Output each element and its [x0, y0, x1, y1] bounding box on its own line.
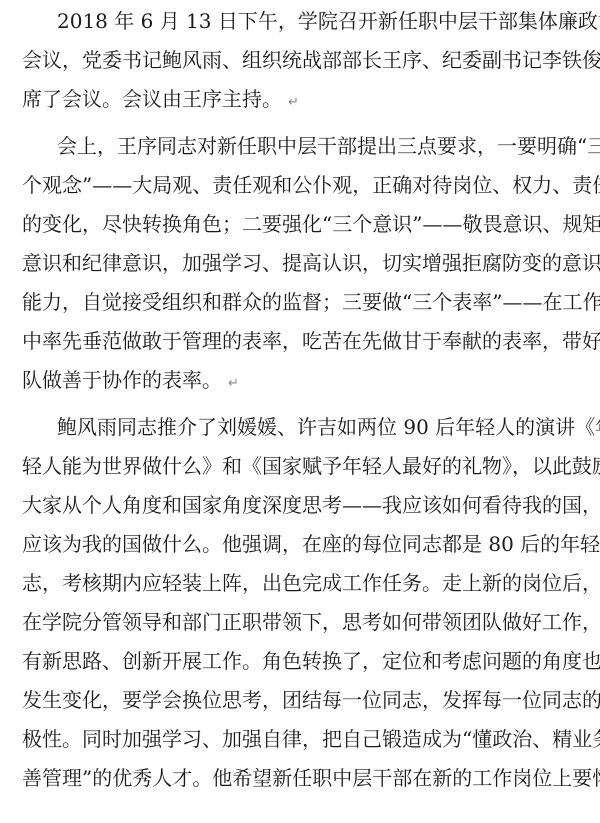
paragraph-2-line-5: 能力，自觉接受组织和群众的监督；三要做“三个表率”——在工作 [22, 283, 578, 322]
paragraph-3-line-8: 发生变化，要学会换位思考，团结每一位同志，发挥每一位同志的积 [22, 681, 578, 720]
paragraph-1-line-2: 会议，党委书记鲍风雨、组织统战部部长王序、纪委副书记李铁俊出 [22, 41, 578, 80]
paragraph-3-line-5: 志，考核期内应轻装上阵，出色完成工作任务。走上新的岗位后，要 [22, 564, 578, 603]
paragraph-3-line-1: 鲍风雨同志推介了刘媛媛、许吉如两位 90 后年轻人的演讲《年 [57, 408, 578, 447]
paragraph-mark-icon: ↵ [228, 376, 239, 391]
paragraph-2-line-7-text: 队做善于协作的表率。 [22, 368, 222, 392]
paragraph-3-line-6: 在学院分管领导和部门正职带领下，思考如何带领团队做好工作，要 [22, 603, 578, 642]
paragraph-3-line-4: 应该为我的国做什么。他强调，在座的每位同志都是 80 后的年轻同 [22, 525, 578, 564]
paragraph-2-line-1: 会上，王序同志对新任职中层干部提出三点要求，一要明确“三 [57, 127, 578, 166]
paragraph-3-line-7: 有新思路、创新开展工作。角色转换了，定位和考虑问题的角度也要 [22, 642, 578, 681]
paragraph-2-line-3: 的变化，尽快转换角色；二要强化“三个意识”——敬畏意识、规矩 [22, 205, 578, 244]
paragraph-3-line-10: 善管理”的优秀人才。他希望新任职中层干部在新的工作岗位上要怀 [22, 759, 578, 798]
document-page: 2018 年 6 月 13 日下午，学院召开新任职中层干部集体廉政谈话 会议，党… [0, 0, 600, 823]
paragraph-2-line-2: 个观念”——大局观、责任观和公仆观，正确对待岗位、权力、责任 [22, 166, 578, 205]
paragraph-3-line-3: 大家从个人角度和国家角度深度思考——我应该如何看待我的国，我 [22, 486, 578, 525]
paragraph-2-line-7: 队做善于协作的表率。↵ [22, 361, 578, 400]
paragraph-1-line-3-text: 席了会议。会议由王序主持。 [22, 87, 282, 111]
paragraph-3-line-9: 极性。同时加强学习、加强自律，把自己锻造成为“懂政治、精业务、 [22, 720, 578, 759]
paragraph-1-line-3: 席了会议。会议由王序主持。↵ [22, 80, 578, 119]
paragraph-mark-icon: ↵ [288, 95, 299, 110]
paragraph-2-line-6: 中率先垂范做敢于管理的表率，吃苦在先做甘于奉献的表率，带好团 [22, 322, 578, 361]
paragraph-2-line-4: 意识和纪律意识，加强学习、提高认识，切实增强拒腐防变的意识和 [22, 244, 578, 283]
paragraph-3-line-2: 轻人能为世界做什么》和《国家赋予年轻人最好的礼物》，以此鼓励 [22, 447, 578, 486]
paragraph-1-line-1: 2018 年 6 月 13 日下午，学院召开新任职中层干部集体廉政谈话 [57, 2, 578, 41]
